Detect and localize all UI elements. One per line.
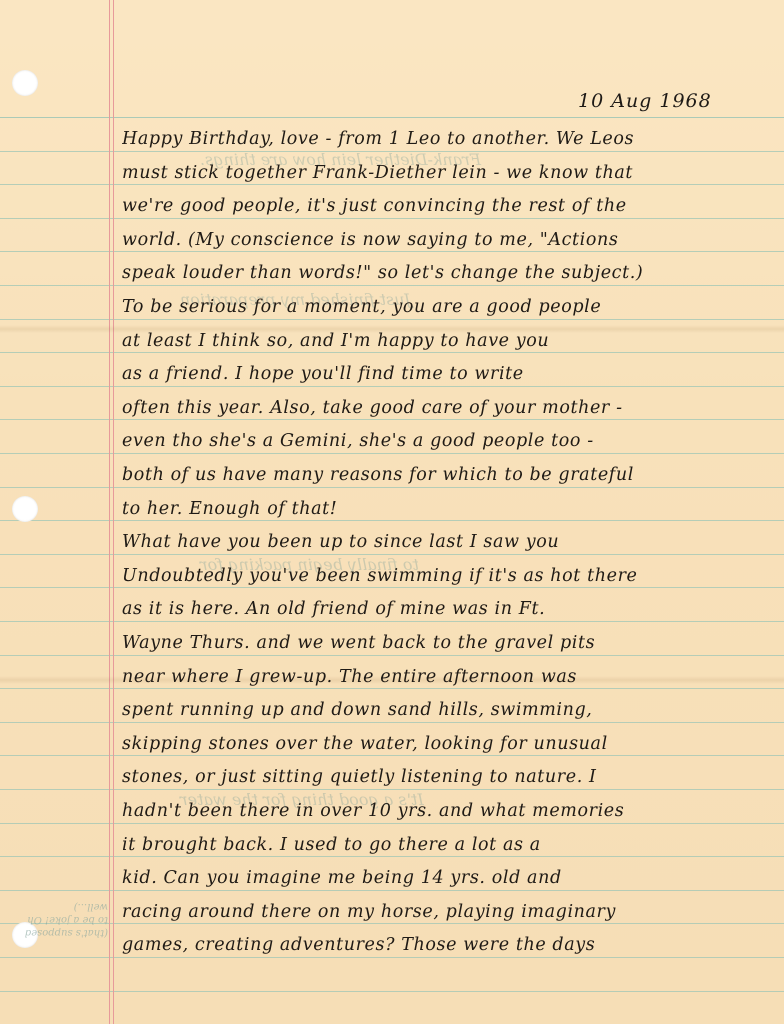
letter-line: often this year. Also, take good care of… [122, 395, 784, 421]
letter-line: games, creating adventures? Those were t… [122, 932, 784, 958]
letter-line: What have you been up to since last I sa… [122, 529, 784, 555]
letter-line: Happy Birthday, love - from 1 Leo to ano… [122, 126, 784, 152]
letter-date: 10 Aug 1968 [578, 90, 712, 112]
letter-line: even tho she's a Gemini, she's a good pe… [122, 428, 784, 454]
letter-line: it brought back. I used to go there a lo… [122, 832, 784, 858]
letter-line: hadn't been there in over 10 yrs. and wh… [122, 798, 784, 824]
letter-line: Undoubtedly you've been swimming if it's… [122, 563, 784, 589]
margin-line [109, 0, 110, 1024]
ruled-line [0, 991, 784, 992]
letter-line: kid. Can you imagine me being 14 yrs. ol… [122, 865, 784, 891]
letter-line: world. (My conscience is now saying to m… [122, 227, 784, 253]
letter-line: stones, or just sitting quietly listenin… [122, 764, 784, 790]
letter-line: must stick together Frank-Diether lein -… [122, 160, 784, 186]
punch-hole-middle [12, 496, 38, 522]
letter-line: To be serious for a moment, you are a go… [122, 294, 784, 320]
letter-line: as it is here. An old friend of mine was… [122, 596, 784, 622]
letter-line: to her. Enough of that! [122, 496, 784, 522]
letter-line: spent running up and down sand hills, sw… [122, 697, 784, 723]
letter-line: racing around there on my horse, playing… [122, 899, 784, 925]
letter-line: speak louder than words!" so let's chang… [122, 260, 784, 286]
letter-line: skipping stones over the water, looking … [122, 731, 784, 757]
letter-line: as a friend. I hope you'll find time to … [122, 361, 784, 387]
margin-line-inner [113, 0, 114, 1024]
letter-line: Wayne Thurs. and we went back to the gra… [122, 630, 784, 656]
letter-page: Frank-Diether lein how are things. Just … [0, 0, 784, 1024]
letter-line: at least I think so, and I'm happy to ha… [122, 328, 784, 354]
letter-line: both of us have many reasons for which t… [122, 462, 784, 488]
margin-note-bleedthrough: (that's supposed to be a joke! Oh well..… [18, 900, 108, 939]
letter-line: near where I grew-up. The entire afterno… [122, 664, 784, 690]
punch-hole-top [12, 70, 38, 96]
letter-line: we're good people, it's just convincing … [122, 193, 784, 219]
